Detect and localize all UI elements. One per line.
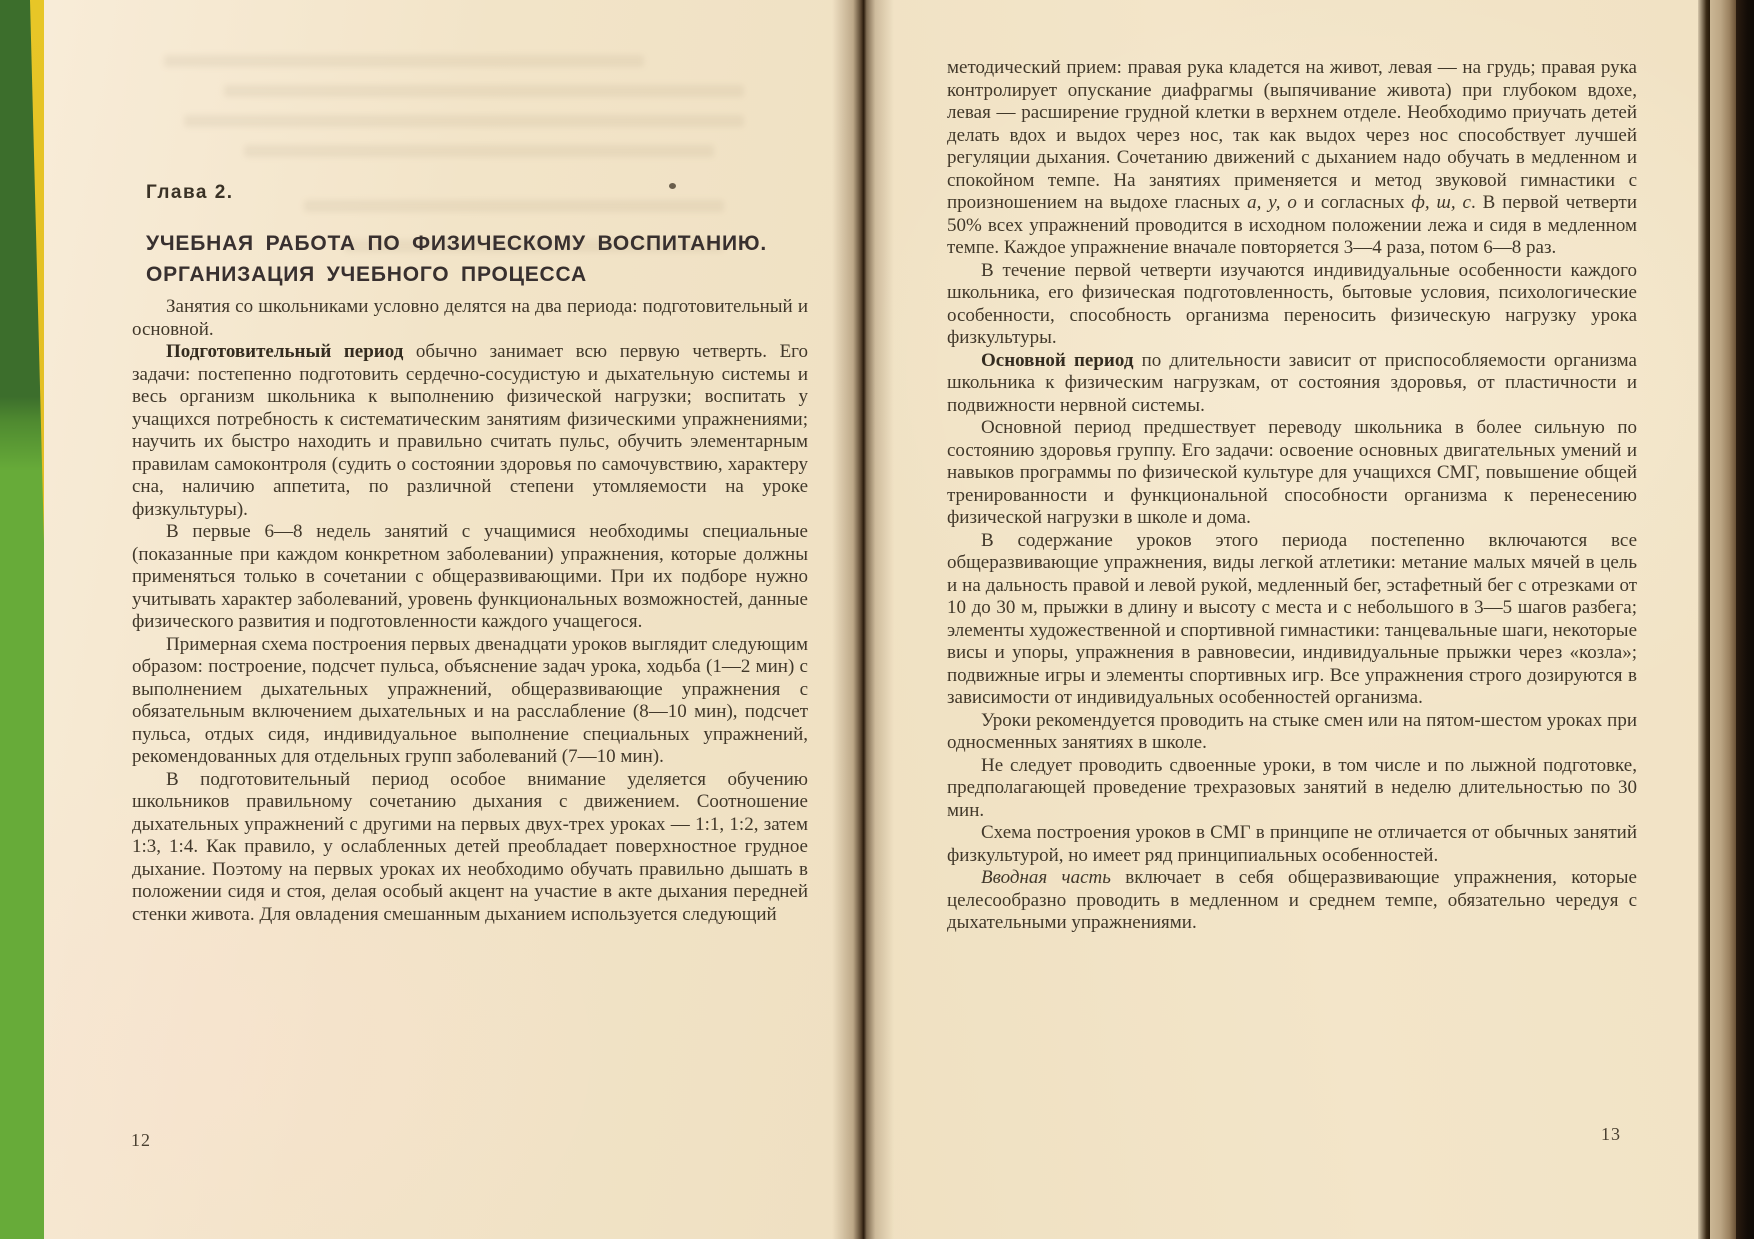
- show-through-smudge: [164, 55, 644, 67]
- text-segment: Занятия со школьниками условно делятся н…: [132, 296, 808, 340]
- paragraph: Основной период предшествует переводу шк…: [947, 417, 1637, 530]
- text-segment: а, у, о: [1247, 192, 1297, 213]
- text-segment: Не следует проводить сдвоенные уроки, в …: [947, 755, 1637, 821]
- text-segment: Примерная схема построения первых двенад…: [132, 634, 808, 768]
- page-number-right: 13: [1601, 1124, 1621, 1145]
- text-segment: В первые 6—8 недель занятий с учащимися …: [132, 521, 808, 632]
- right-page-text: методический прием: правая рука кладется…: [947, 57, 1637, 935]
- right-page-edge-shadow: [1698, 0, 1710, 1239]
- paragraph: Основной период по длительности зависит …: [947, 350, 1637, 418]
- text-segment: Основной период: [981, 350, 1133, 371]
- text-segment: Уроки рекомендуется проводить на стыке с…: [947, 710, 1637, 754]
- paragraph: В первые 6—8 недель занятий с учащимися …: [132, 521, 808, 634]
- paragraph: методический прием: правая рука кладется…: [947, 57, 1637, 260]
- show-through-smudge: [244, 145, 714, 157]
- text-segment: Вводная часть: [981, 867, 1111, 888]
- paragraph: Вводная часть включает в себя общеразвив…: [947, 867, 1637, 935]
- book-cover-edge-right: [1736, 0, 1754, 1239]
- book-spread: Глава 2. УЧЕБНАЯ РАБОТА ПО ФИЗИЧЕСКОМУ В…: [0, 0, 1754, 1239]
- paragraph: В течение первой четверти изучаются инди…: [947, 260, 1637, 350]
- paragraph: Уроки рекомендуется проводить на стыке с…: [947, 710, 1637, 755]
- text-segment: Схема построения уроков в СМГ в принципе…: [947, 822, 1637, 866]
- page-number-left: 12: [131, 1130, 151, 1151]
- chapter-title-line1: УЧЕБНАЯ РАБОТА ПО ФИЗИЧЕСКОМУ ВОСПИТАНИЮ…: [146, 232, 767, 255]
- text-segment: Подготовительный период: [166, 341, 403, 362]
- text-segment: обычно занимает всю первую четверть. Его…: [132, 341, 808, 520]
- paragraph: Схема построения уроков в СМГ в принципе…: [947, 822, 1637, 867]
- text-segment: В содержание уроков этого периода постеп…: [947, 530, 1637, 709]
- paragraph: В содержание уроков этого периода постеп…: [947, 530, 1637, 710]
- chapter-label: Глава 2.: [146, 182, 806, 204]
- book-page-block-edge: [1710, 0, 1736, 1239]
- show-through-smudge: [184, 115, 744, 127]
- paragraph: Примерная схема построения первых двенад…: [132, 634, 808, 769]
- chapter-title-line2: ОРГАНИЗАЦИЯ УЧЕБНОГО ПРОЦЕССА: [146, 263, 587, 286]
- chapter-title: УЧЕБНАЯ РАБОТА ПО ФИЗИЧЕСКОМУ ВОСПИТАНИЮ…: [146, 228, 806, 290]
- text-segment: В подготовительный период особое внимани…: [132, 769, 808, 925]
- text-segment: В течение первой четверти изучаются инди…: [947, 260, 1637, 349]
- show-through-smudge: [224, 85, 744, 97]
- text-segment: и согласных: [1297, 192, 1411, 213]
- left-page-text: Занятия со школьниками условно делятся н…: [132, 296, 808, 926]
- paragraph: Занятия со школьниками условно делятся н…: [132, 296, 808, 341]
- text-segment: методический прием: правая рука кладется…: [947, 57, 1637, 213]
- text-segment: Основной период предшествует переводу шк…: [947, 417, 1637, 528]
- paragraph: Не следует проводить сдвоенные уроки, в …: [947, 755, 1637, 823]
- paragraph: В подготовительный период особое внимани…: [132, 769, 808, 927]
- paragraph: Подготовительный период обычно занимает …: [132, 341, 808, 521]
- text-segment: ф, ш, с: [1411, 192, 1471, 213]
